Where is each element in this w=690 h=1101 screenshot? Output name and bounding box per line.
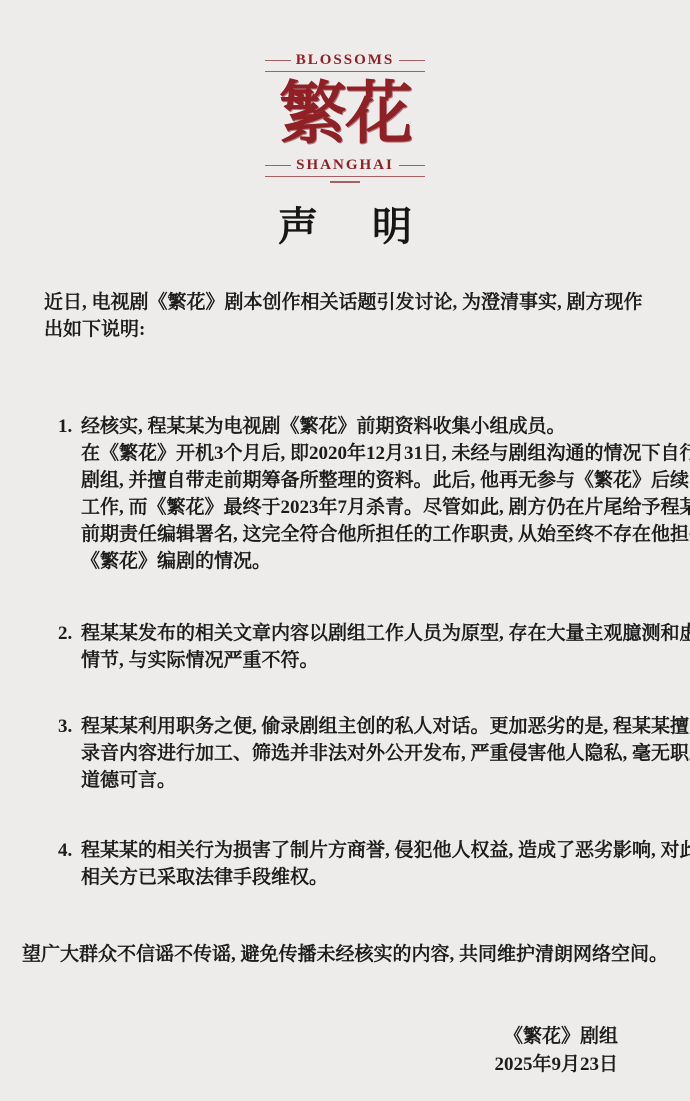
item-line: 前期责任编辑署名, 这完全符合他所担任的工作职责, 从始至终不存在他担任: [81, 521, 690, 548]
item-line: 剧组, 并擅自带走前期筹备所整理的资料。此后, 他再无参与《繁花》后续的任何: [81, 467, 690, 494]
spacer: [58, 794, 646, 837]
list-item-2: 2. 程某某发布的相关文章内容以剧组工作人员为原型, 存在大量主观臆测和虚构 情…: [58, 620, 646, 674]
item-text: 程某某的相关行为损害了制片方商誉, 侵犯他人权益, 造成了恶劣影响, 对此, 相…: [81, 837, 690, 891]
item-line: 工作, 而《繁花》最终于2023年7月杀青。尽管如此, 剧方仍在片尾给予程某某: [81, 494, 690, 521]
list-item-1: 1. 经核实, 程某某为电视剧《繁花》前期资料收集小组成员。 在《繁花》开机3个…: [58, 413, 646, 575]
item-number: 4.: [58, 837, 81, 891]
closing-paragraph: 望广大群众不信谣不传谣, 避免传播未经核实的内容, 共同维护清朗网络空间。: [0, 941, 690, 968]
spacer: [58, 674, 646, 713]
item-number: 3.: [58, 713, 81, 794]
item-line: 程某某发布的相关文章内容以剧组工作人员为原型, 存在大量主观臆测和虚构: [81, 620, 690, 647]
logo-top-rule-row: BLOSSOMS: [265, 52, 425, 69]
item-number: 2.: [58, 620, 81, 674]
list-item-3: 3. 程某某利用职务之便, 偷录剧组主创的私人对话。更加恶劣的是, 程某某擅自对…: [58, 713, 646, 794]
item-text: 程某某利用职务之便, 偷录剧组主创的私人对话。更加恶劣的是, 程某某擅自对 录音…: [81, 713, 690, 794]
item-line: 在《繁花》开机3个月后, 即2020年12月31日, 未经与剧组沟通的情况下自行…: [81, 440, 690, 467]
item-line: 程某某利用职务之便, 偷录剧组主创的私人对话。更加恶劣的是, 程某某擅自对: [81, 713, 690, 740]
signature-date: 2025年9月23日: [0, 1051, 618, 1079]
item-number: 1.: [58, 413, 81, 575]
logo-rule-line: [265, 60, 291, 61]
item-line: 经核实, 程某某为电视剧《繁花》前期资料收集小组成员。: [81, 413, 690, 440]
spacer: [58, 575, 646, 620]
intro-paragraph: 近日, 电视剧《繁花》剧本创作相关话题引发讨论, 为澄清事实, 剧方现作出如下说…: [0, 289, 690, 343]
logo-shanghai-text: SHANGHAI: [296, 157, 394, 174]
logo-rule-line: [265, 165, 291, 166]
item-text: 经核实, 程某某为电视剧《繁花》前期资料收集小组成员。 在《繁花》开机3个月后,…: [81, 413, 690, 575]
logo-rule-line: [265, 176, 425, 177]
item-line: 《繁花》编剧的情况。: [81, 548, 690, 575]
signature-name: 《繁花》剧组: [0, 1023, 618, 1051]
list-item-4: 4. 程某某的相关行为损害了制片方商誉, 侵犯他人权益, 造成了恶劣影响, 对此…: [58, 837, 646, 891]
logo-blossoms-text: BLOSSOMS: [296, 52, 395, 69]
statement-title: 声 明: [0, 203, 690, 251]
logo-hanzi-text: 繁花: [265, 72, 425, 156]
signature-block: 《繁花》剧组 2025年9月23日: [0, 1023, 690, 1079]
item-line: 情节, 与实际情况严重不符。: [81, 647, 690, 674]
item-line: 录音内容进行加工、筛选并非法对外公开发布, 严重侵害他人隐私, 毫无职业: [81, 740, 690, 767]
logo-rule-line: [399, 165, 425, 166]
blossoms-shanghai-logo: BLOSSOMS 繁花 SHANGHAI: [265, 52, 425, 183]
logo-rule-line: [399, 60, 425, 61]
item-line: 程某某的相关行为损害了制片方商誉, 侵犯他人权益, 造成了恶劣影响, 对此,: [81, 837, 690, 864]
item-text: 程某某发布的相关文章内容以剧组工作人员为原型, 存在大量主观臆测和虚构 情节, …: [81, 620, 690, 674]
statement-list: 1. 经核实, 程某某为电视剧《繁花》前期资料收集小组成员。 在《繁花》开机3个…: [58, 413, 646, 891]
logo-seal-mark: [330, 181, 360, 183]
item-line: 道德可言。: [81, 767, 690, 794]
statement-page: BLOSSOMS 繁花 SHANGHAI 声 明 近日, 电视剧《繁花》剧本创作…: [0, 0, 690, 1101]
item-line: 相关方已采取法律手段维权。: [81, 864, 690, 891]
logo-bottom-rule-row: SHANGHAI: [265, 157, 425, 174]
